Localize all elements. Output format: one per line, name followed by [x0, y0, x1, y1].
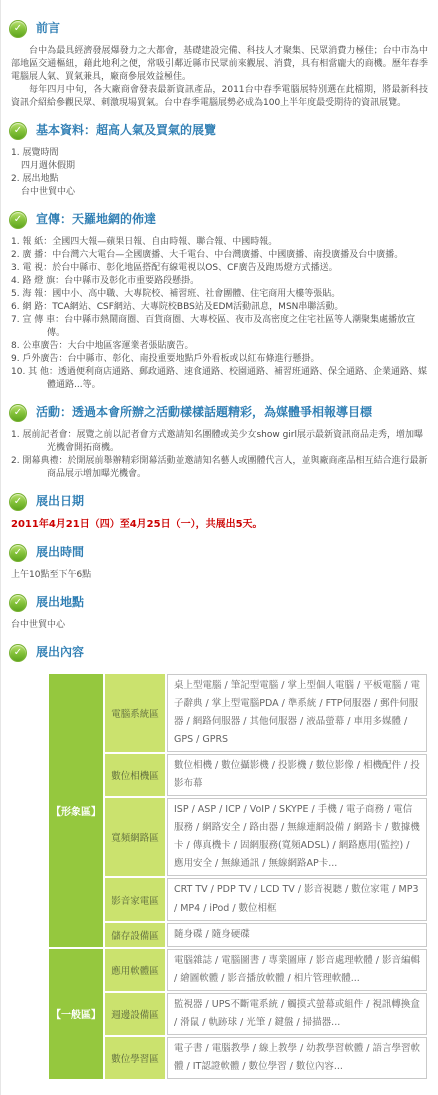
section-heading: ✓ 展出時間	[9, 544, 430, 562]
section-title: 前言	[36, 21, 60, 37]
check-icon: ✓	[9, 122, 27, 140]
list-item: 1. 展前記者會：展覽之前以記者會方式邀請知名團體或美少女show girl展示…	[11, 429, 428, 455]
detail-cell: 數位相機 / 數位攝影機 / 投影機 / 數位影像 / 相機配件 / 投影布幕	[167, 754, 427, 796]
zone-cell: 影音家電區	[105, 878, 165, 920]
list-item: 8. 公車廣告：大台中地區客運業者張貼廣告。	[11, 340, 428, 353]
detail-cell: 桌上型電腦 / 筆記型電腦 / 掌上型個人電腦 / 平板電腦 / 電子辭典 / …	[167, 674, 427, 752]
section-publicity: ✓ 宣傳：天羅地網的佈達 1. 報 紙：全國四大報—蘋果日報、自由時報、聯合報、…	[9, 211, 430, 392]
check-icon: ✓	[9, 493, 27, 511]
check-icon: ✓	[9, 20, 27, 38]
table-row: 數位相機區 數位相機 / 數位攝影機 / 投影機 / 數位影像 / 相機配件 /…	[49, 754, 427, 796]
list-item: 9. 戶外廣告：台中縣市、彰化、南投重要地點戶外看板或以紅布條進行懸掛。	[11, 353, 428, 366]
preface-paragraph-2: 每年四月中旬，各大廠商會發表最新資訊產品，2011台中春季電腦展特別選在此檔期，…	[9, 84, 430, 110]
section-basic-info: ✓ 基本資料：超高人氣及買氣的展覽 1. 展覽時間 四月週休假期 2. 展出地點…	[9, 122, 430, 199]
section-heading: ✓ 前言	[9, 20, 430, 38]
section-heading: ✓ 活動：透過本會所辦之活動樣樣話題精彩，為媒體爭相報導目標	[9, 404, 430, 422]
preface-paragraph-1: 台中為最具經濟發展爆發力之大都會，基礎建設完備、科技人才聚集、民眾消費力極佳；台…	[9, 45, 430, 84]
list-item: 5. 海 報：國中小、高中職、大專院校、補習班、社會團體、住宅商用大樓等張貼。	[11, 288, 428, 301]
table-row: 寬頻網路區 ISP / ASP / ICP / VoIP / SKYPE / 手…	[49, 798, 427, 876]
list-item: 7. 宣 傳 車：台中縣市熱鬧商圈、百貨商圈、大專校區、夜市及高密度之住宅社區等…	[11, 314, 428, 340]
check-icon: ✓	[9, 211, 27, 229]
section-heading: ✓ 展出內容	[9, 644, 430, 662]
section-title: 展出日期	[36, 494, 84, 510]
detail-cell: CRT TV / PDP TV / LCD TV / 影音視聽 / 數位家電 /…	[167, 878, 427, 920]
section-time: ✓ 展出時間 上午10點至下午6點	[9, 544, 430, 582]
list-item: 2. 開幕典禮：於開展前舉辦精彩開幕活動並邀請知名藝人或團體代言人，並與廠商產品…	[11, 455, 428, 481]
detail-cell: 電子書 / 電腦教學 / 線上教學 / 幼教學習軟體 / 語言學習軟體 / IT…	[167, 1037, 427, 1079]
section-date: ✓ 展出日期 2011年4月21日（四）至4月25日（一），共展出5天。	[9, 493, 430, 532]
check-icon: ✓	[9, 594, 27, 612]
list-item: 4. 路 燈 旗：台中縣市及彰化市重要路段懸掛。	[11, 275, 428, 288]
table-row: 數位學習區 電子書 / 電腦教學 / 線上教學 / 幼教學習軟體 / 語言學習軟…	[49, 1037, 427, 1079]
table-row: 【形象區】 電腦系統區 桌上型電腦 / 筆記型電腦 / 掌上型個人電腦 / 平板…	[49, 674, 427, 752]
check-glyph: ✓	[14, 548, 22, 558]
table-row: 儲存設備區 隨身碟 / 隨身硬碟	[49, 923, 427, 947]
section-venue: ✓ 展出地點 台中世貿中心	[9, 594, 430, 632]
exhibition-date-value: 2011年4月21日（四）至4月25日（一），共展出5天。	[11, 518, 428, 532]
zone-cell: 數位相機區	[105, 754, 165, 796]
table-row: 【一般區】 應用軟體區 電腦雜誌 / 電腦圖書 / 專業圖庫 / 影音處理軟體 …	[49, 949, 427, 991]
section-heading: ✓ 展出日期	[9, 493, 430, 511]
check-icon: ✓	[9, 544, 27, 562]
list-item: 四月週休假期	[11, 160, 428, 173]
check-glyph: ✓	[14, 598, 22, 608]
section-title: 宣傳：天羅地網的佈達	[36, 212, 156, 228]
detail-cell: ISP / ASP / ICP / VoIP / SKYPE / 手機 / 電子…	[167, 798, 427, 876]
section-heading: ✓ 基本資料：超高人氣及買氣的展覽	[9, 122, 430, 140]
table-row: 影音家電區 CRT TV / PDP TV / LCD TV / 影音視聽 / …	[49, 878, 427, 920]
zone-cell: 寬頻網路區	[105, 798, 165, 876]
check-icon: ✓	[9, 404, 27, 422]
zone-cell: 週邊設備區	[105, 993, 165, 1035]
exhibition-info-page: ✓ 前言 台中為最具經濟發展爆發力之大都會，基礎建設完備、科技人才聚集、民眾消費…	[0, 0, 438, 1095]
detail-cell: 隨身碟 / 隨身硬碟	[167, 923, 427, 947]
section-title: 基本資料：超高人氣及買氣的展覽	[36, 123, 216, 139]
zone-cell: 數位學習區	[105, 1037, 165, 1079]
list-item: 10. 其 他：透過便利商店通路、郵政通路、速食通路、校園通路、補習班通路、保全…	[11, 366, 428, 392]
check-glyph: ✓	[14, 126, 22, 136]
list-item: 1. 報 紙：全國四大報—蘋果日報、自由時報、聯合報、中國時報。	[11, 236, 428, 249]
group-cell-general-zone: 【一般區】	[49, 949, 103, 1079]
section-title: 展出內容	[36, 645, 84, 661]
section-title: 展出地點	[36, 595, 84, 611]
section-title: 展出時間	[36, 545, 84, 561]
check-glyph: ✓	[14, 215, 22, 225]
list-item: 1. 展覽時間	[11, 147, 428, 160]
events-list: 1. 展前記者會：展覽之前以記者會方式邀請知名團體或美少女show girl展示…	[9, 429, 430, 481]
section-title: 活動：透過本會所辦之活動樣樣話題精彩，為媒體爭相報導目標	[36, 405, 372, 421]
list-item: 台中世貿中心	[11, 186, 428, 199]
section-heading: ✓ 展出地點	[9, 594, 430, 612]
detail-cell: 監視器 / UPS不斷電系統 / 觸摸式螢幕或組件 / 視訊轉換盒 / 滑鼠 /…	[167, 993, 427, 1035]
section-preface: ✓ 前言 台中為最具經濟發展爆發力之大都會，基礎建設完備、科技人才聚集、民眾消費…	[9, 20, 430, 110]
list-item: 6. 網 路：TCA網站、CSF網站、大專院校BBS站及EDM活動訊息，MSN串…	[11, 301, 428, 314]
zone-cell: 應用軟體區	[105, 949, 165, 991]
basic-info-list: 1. 展覽時間 四月週休假期 2. 展出地點 台中世貿中心	[9, 147, 430, 199]
exhibit-content-table: 【形象區】 電腦系統區 桌上型電腦 / 筆記型電腦 / 掌上型個人電腦 / 平板…	[47, 672, 429, 1081]
check-icon: ✓	[9, 644, 27, 662]
check-glyph: ✓	[14, 648, 22, 658]
exhibition-time-value: 上午10點至下午6點	[11, 569, 428, 582]
list-item: 3. 電 視：於台中縣市、彰化地區搭配有線電視以OS、CF廣告及跑馬燈方式播送。	[11, 262, 428, 275]
list-item: 2. 廣 播：中台灣六大電台—全國廣播、大千電台、中台灣廣播、中國廣播、南投廣播…	[11, 249, 428, 262]
section-heading: ✓ 宣傳：天羅地網的佈達	[9, 211, 430, 229]
publicity-list: 1. 報 紙：全國四大報—蘋果日報、自由時報、聯合報、中國時報。 2. 廣 播：…	[9, 236, 430, 392]
check-glyph: ✓	[14, 408, 22, 418]
check-glyph: ✓	[14, 497, 22, 507]
section-contents: ✓ 展出內容 【形象區】 電腦系統區 桌上型電腦 / 筆記型電腦 / 掌上型個人…	[9, 644, 430, 1081]
section-events: ✓ 活動：透過本會所辦之活動樣樣話題精彩，為媒體爭相報導目標 1. 展前記者會：…	[9, 404, 430, 481]
table-row: 週邊設備區 監視器 / UPS不斷電系統 / 觸摸式螢幕或組件 / 視訊轉換盒 …	[49, 993, 427, 1035]
check-glyph: ✓	[14, 24, 22, 34]
detail-cell: 電腦雜誌 / 電腦圖書 / 專業圖庫 / 影音處理軟體 / 影音編輯 / 繪圖軟…	[167, 949, 427, 991]
zone-cell: 電腦系統區	[105, 674, 165, 752]
exhibition-venue-value: 台中世貿中心	[11, 619, 428, 632]
zone-cell: 儲存設備區	[105, 923, 165, 947]
list-item: 2. 展出地點	[11, 173, 428, 186]
group-cell-image-zone: 【形象區】	[49, 674, 103, 947]
